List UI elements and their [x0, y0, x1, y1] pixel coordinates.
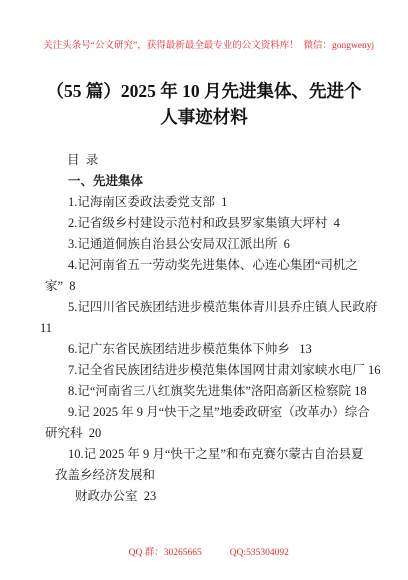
qq-number: QQ:535304092: [230, 548, 289, 558]
toc-item: 5.记四川省民族团结进步模范集体青川县乔庄镇人民政府: [40, 297, 402, 318]
document-page: 关注头条号“公文研究”，获得最新最全最专业的公文资料库！ 微信：gongweny…: [0, 0, 408, 580]
toc-item: 2.记省级乡村建设示范村和政县罗家集镇大坪村 4: [40, 213, 402, 234]
toc-item: 孜盖乡经济发展和: [40, 465, 402, 486]
toc-lines: 1.记海南区委政法委党支部 12.记省级乡村建设示范村和政县罗家集镇大坪村 43…: [40, 192, 402, 507]
toc-item: 财政办公室 23: [40, 486, 402, 507]
header-notice: 关注头条号“公文研究”，获得最新最全最专业的公文资料库！ 微信：gongweny…: [0, 27, 408, 66]
toc-item: 7.记全省民族团结进步模范集体国网甘肃刘家峡水电厂 16: [40, 360, 402, 381]
table-of-contents: 目 录 一、先进集体 1.记海南区委政法委党支部 12.记省级乡村建设示范村和政…: [40, 150, 402, 507]
qq-group-number: QQ 群：30265665: [129, 548, 202, 558]
title-line-1: （55 篇）2025 年 10 月先进集体、先进个: [20, 78, 388, 104]
toc-item: 4.记河南省五一劳动奖先进集体、心连心集团“司机之: [40, 255, 402, 276]
toc-item: 6.记广东省民族团结进步模范集体下帅乡 13: [40, 339, 402, 360]
toc-heading: 目 录: [40, 150, 402, 171]
document-title: （55 篇）2025 年 10 月先进集体、先进个 人事迹材料: [20, 78, 388, 130]
footer-contact: QQ 群：30265665QQ:535304092: [0, 534, 408, 573]
toc-item: 11: [40, 318, 402, 339]
toc-item: 8.记“河南省三八红旗奖先进集体”洛阳高新区检察院 18: [40, 381, 402, 402]
toc-item: 3.记通道侗族自治县公安局双江派出所 6: [40, 234, 402, 255]
header-notice-text: 关注头条号“公文研究”，获得最新最全最专业的公文资料库！ 微信：gongweny…: [43, 41, 374, 51]
toc-item: 1.记海南区委政法委党支部 1: [40, 192, 402, 213]
toc-item: 9.记 2025 年 9 月“快干之星”地委政研室（改革办）综合: [40, 402, 402, 423]
toc-item: 家” 8: [40, 276, 402, 297]
toc-section-heading: 一、先进集体: [40, 171, 402, 192]
title-line-2: 人事迹材料: [20, 104, 388, 130]
toc-item: 10.记 2025 年 9 月“快干之星”和布克赛尔蒙古自治县夏: [40, 444, 402, 465]
toc-item: 研究科 20: [40, 423, 402, 444]
